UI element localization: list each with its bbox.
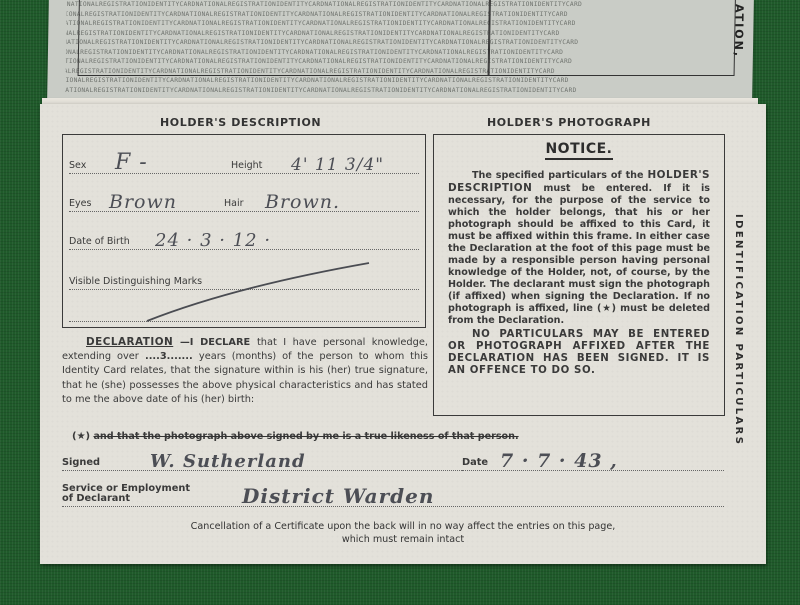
previous-page: NATIONALREGISTRATIONIDENTITYCARDNATIONAL… <box>47 0 754 100</box>
sex-height-row: Sex F - Height 4' 11 3/4" <box>69 151 419 174</box>
date-row: Date 7 · 7 · 43 , <box>462 450 724 471</box>
identity-card-page: HOLDER'S DESCRIPTION HOLDER'S PHOTOGRAPH… <box>40 104 766 564</box>
date-label: Date <box>462 457 488 468</box>
previous-page-vertical-text: ATION, <box>732 4 746 58</box>
sex-label: Sex <box>69 160 86 171</box>
holders-photograph-box: NOTICE. The specified particulars of the… <box>433 134 725 416</box>
signed-row: Signed W. Sutherland <box>62 450 462 471</box>
previous-page-frame <box>78 0 491 76</box>
hair-label: Hair <box>224 198 244 209</box>
notice-title: NOTICE. <box>434 141 724 157</box>
pen-strike-line <box>143 259 373 325</box>
eyes-hair-row: Eyes Brown Hair Brown. <box>69 189 419 212</box>
service-value: District Warden <box>242 484 434 508</box>
declaration-text: DECLARATION —I DECLARE that I have perso… <box>62 335 428 407</box>
identification-particulars-label: IDENTIFICATION PARTICULARS <box>733 214 744 446</box>
previous-page-photo-frame <box>488 0 736 76</box>
sex-value: F - <box>115 150 148 175</box>
star-icon: (★) <box>72 431 90 442</box>
holders-photograph-heading: HOLDER'S PHOTOGRAPH <box>487 116 651 129</box>
holders-description-heading: HOLDER'S DESCRIPTION <box>160 116 321 129</box>
holders-description-box: Sex F - Height 4' 11 3/4" Eyes Brown Hai… <box>62 134 426 328</box>
declarant-label: of Declarant <box>62 493 130 504</box>
eyes-label: Eyes <box>69 198 91 209</box>
notice-warning: NO PARTICULARS MAY BE ENTERED OR PHOTOGR… <box>448 329 710 377</box>
cancellation-footer: Cancellation of a Certificate upon the b… <box>40 520 766 546</box>
date-of-birth-row: Date of Birth 24 · 3 · 12 · <box>69 227 419 250</box>
years-value: ....3....... <box>145 351 193 362</box>
signed-label: Signed <box>62 457 100 468</box>
date-of-birth-label: Date of Birth <box>69 236 130 247</box>
notice-body: The specified particulars of the HOLDER'… <box>448 169 710 377</box>
photograph-declaration-line: (★) and that the photograph above signed… <box>72 431 642 442</box>
hair-value: Brown. <box>265 191 340 213</box>
signature-value: W. Sutherland <box>150 451 306 472</box>
eyes-value: Brown <box>109 191 177 213</box>
height-label: Height <box>231 160 262 171</box>
date-of-birth-value: 24 · 3 · 12 · <box>155 230 271 251</box>
height-value: 4' 11 3/4" <box>291 155 384 175</box>
service-row: Service or Employment of Declarant Distr… <box>62 480 724 507</box>
date-value: 7 · 7 · 43 , <box>500 450 618 472</box>
declaration-heading: DECLARATION <box>86 336 173 348</box>
